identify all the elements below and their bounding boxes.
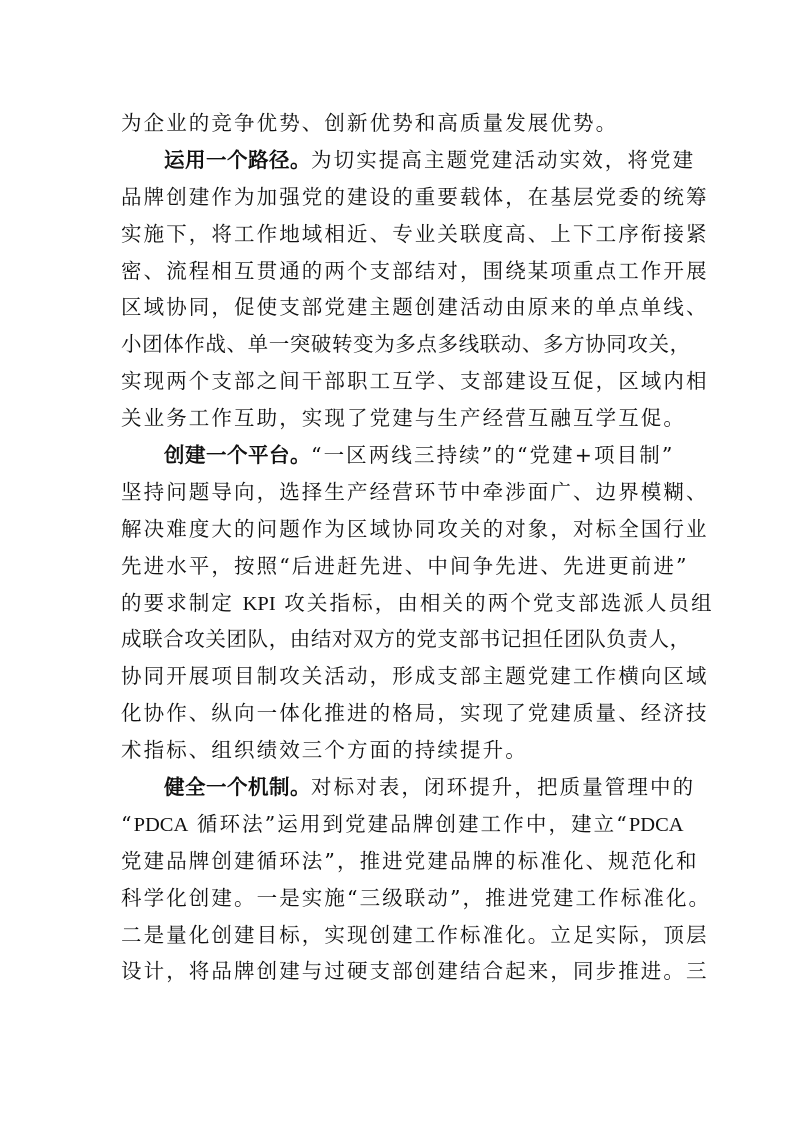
paragraph-text: 的要求制定 xyxy=(121,591,234,615)
paragraph-line: 先进水平，按照“后进赶先进、中间争先进、先进更前进” xyxy=(121,548,672,585)
paragraph-line: 品牌创建作为加强党的建设的重要载体，在基层党委的统筹 xyxy=(121,179,672,216)
paragraph-line: 设计，将品牌创建与过硬支部创建结合起来，同步推进。三 xyxy=(121,953,672,990)
paragraph-line: 化协作、纵向一体化推进的格局，实现了党建质量、经济技 xyxy=(121,695,672,732)
paragraph-line: 实现两个支部之间干部职工互学、支部建设互促，区域内相 xyxy=(121,363,672,400)
paragraph-line: 术指标、组织绩效三个方面的持续提升。 xyxy=(121,732,672,769)
paragraph-text: “ xyxy=(121,812,134,836)
paragraph-line: 创建一个平台。“一区两线三持续”的“党建+项目制” xyxy=(121,437,672,474)
kpi-term: KPI xyxy=(243,593,276,615)
paragraph-line: 成联合攻关团队，由结对双方的党支部书记担任团队负责人， xyxy=(121,621,672,658)
paragraph-text: 循环法”运用到党建品牌创建工作中，建立“ xyxy=(197,812,629,836)
section-heading: 创建一个平台。 xyxy=(164,443,311,467)
paragraph-line: 为企业的竞争优势、创新优势和高质量发展优势。 xyxy=(121,105,672,142)
paragraph-line: “PDCA 循环法”运用到党建品牌创建工作中，建立“PDCA xyxy=(121,806,672,843)
paragraph-line: 坚持问题导向，选择生产经营环节中牵涉面广、边界模糊、 xyxy=(121,474,672,511)
paragraph-line: 区域协同，促使支部党建主题创建活动由原来的单点单线、 xyxy=(121,289,672,326)
pdca-term: PDCA xyxy=(629,814,684,836)
paragraph-line: 二是量化创建目标，实现创建工作标准化。立足实际，顶层 xyxy=(121,917,672,954)
pdca-term: PDCA xyxy=(134,814,189,836)
paragraph-text: 攻关指标，由相关的两个党支部选派人员组 xyxy=(284,591,713,615)
paragraph-line: 科学化创建。一是实施“三级联动”，推进党建工作标准化。 xyxy=(121,880,672,917)
paragraph-line: 密、流程相互贯通的两个支部结对，围绕某项重点工作开展 xyxy=(121,253,672,290)
paragraph-text: “一区两线三持续”的“党建+项目制” xyxy=(311,443,674,467)
paragraph-line: 实施下，将工作地域相近、专业关联度高、上下工序衔接紧 xyxy=(121,216,672,253)
section-heading: 运用一个路径。 xyxy=(164,148,311,172)
paragraph-line: 协同开展项目制攻关活动，形成支部主题党建工作横向区域 xyxy=(121,658,672,695)
paragraph-text: 对标对表，闭环提升，把质量管理中的 xyxy=(311,775,695,799)
section-heading: 健全一个机制。 xyxy=(164,775,311,799)
paragraph-line: 健全一个机制。对标对表，闭环提升，把质量管理中的 xyxy=(121,769,672,806)
paragraph-line: 的要求制定 KPI 攻关指标，由相关的两个党支部选派人员组 xyxy=(121,585,672,622)
document-page: 为企业的竞争优势、创新优势和高质量发展优势。 运用一个路径。为切实提高主题党建活… xyxy=(121,105,672,990)
paragraph-line: 运用一个路径。为切实提高主题党建活动实效，将党建 xyxy=(121,142,672,179)
paragraph-line: 解决难度大的问题作为区域协同攻关的对象，对标全国行业 xyxy=(121,511,672,548)
paragraph-line: 小团体作战、单一突破转变为多点多线联动、多方协同攻关， xyxy=(121,326,672,363)
paragraph-line: 党建品牌创建循环法”，推进党建品牌的标准化、规范化和 xyxy=(121,843,672,880)
paragraph-line: 关业务工作互助，实现了党建与生产经营互融互学互促。 xyxy=(121,400,672,437)
paragraph-text: 为切实提高主题党建活动实效，将党建 xyxy=(311,148,695,172)
